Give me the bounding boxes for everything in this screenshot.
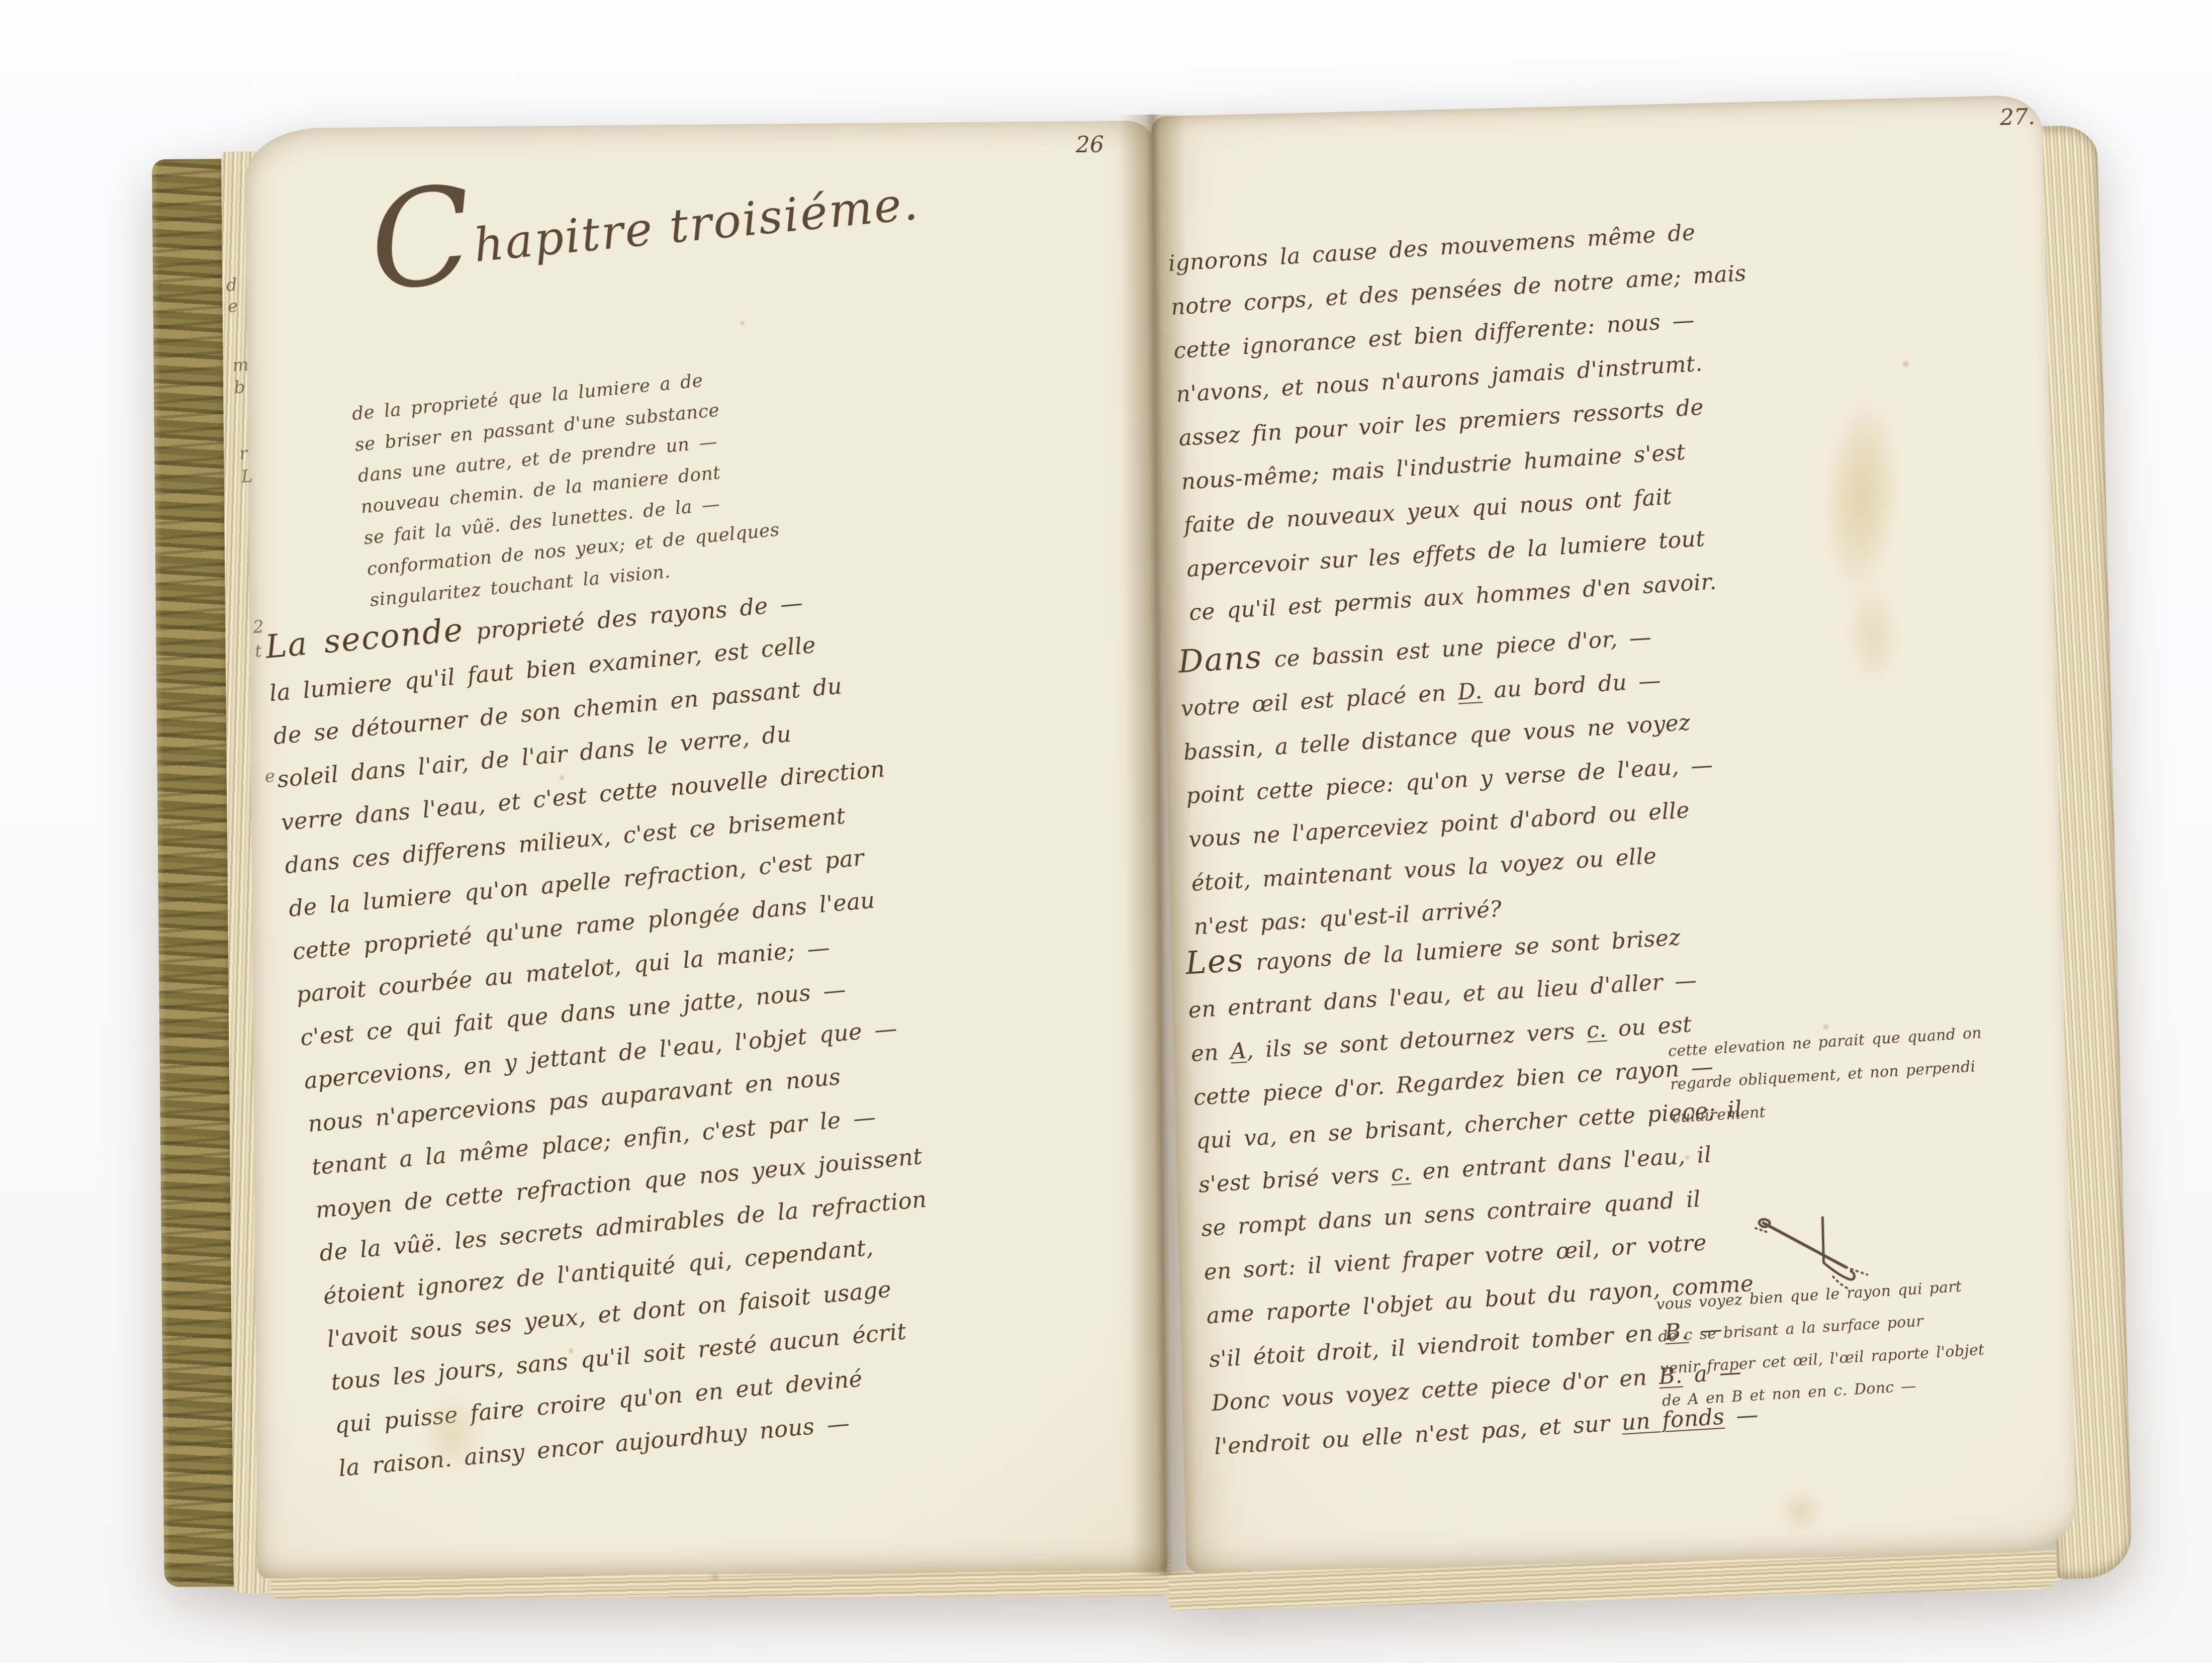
left-page: dembrL2te 26 C hapitre troisiéme. de la … — [245, 121, 1168, 1579]
chapter-subtitle: de la proprieté que la lumiere a dese br… — [350, 359, 784, 616]
margin-note-elevation: cette elevation ne parait que quand onre… — [1667, 1017, 1986, 1135]
handwritten-line: L — [240, 466, 258, 487]
right-page-paragraph-1: ignorons la cause des mouvemens même den… — [1167, 208, 1766, 635]
margin-note-ray-explanation: vous voyez bien que le rayon qui partde … — [1655, 1270, 1987, 1418]
left-page-number: 26 — [1076, 132, 1104, 158]
foxing-spot — [1901, 359, 1910, 368]
paper-stain — [1818, 394, 1906, 599]
chapter-heading: C hapitre troisiéme. — [366, 150, 921, 285]
handwritten-line: b — [233, 377, 251, 398]
foxing-spot — [740, 320, 746, 326]
handwritten-line: d — [225, 274, 243, 296]
paper-stain — [1778, 1488, 1824, 1534]
handwritten-line: m — [232, 354, 249, 376]
photo-background: dembrL2te 26 C hapitre troisiéme. de la … — [0, 0, 2212, 1663]
paper-stain — [1844, 581, 1902, 688]
manuscript-book: dembrL2te 26 C hapitre troisiéme. de la … — [144, 77, 2138, 1607]
left-page-body-text: La seconde proprieté des rayons de —la l… — [263, 572, 948, 1490]
chapter-heading-text: hapitre troisiéme. — [469, 150, 921, 269]
handwritten-line: r — [239, 443, 256, 464]
chapter-heading-initial: C — [366, 193, 476, 285]
handwritten-line: e — [227, 296, 245, 317]
right-page: 27. ignorons la cause des mouvemens même… — [1151, 95, 2077, 1573]
right-page-number: 27. — [1999, 104, 2035, 131]
right-page-paragraph-2: Dans ce bassin est une piece d'or, —votr… — [1177, 609, 1722, 949]
